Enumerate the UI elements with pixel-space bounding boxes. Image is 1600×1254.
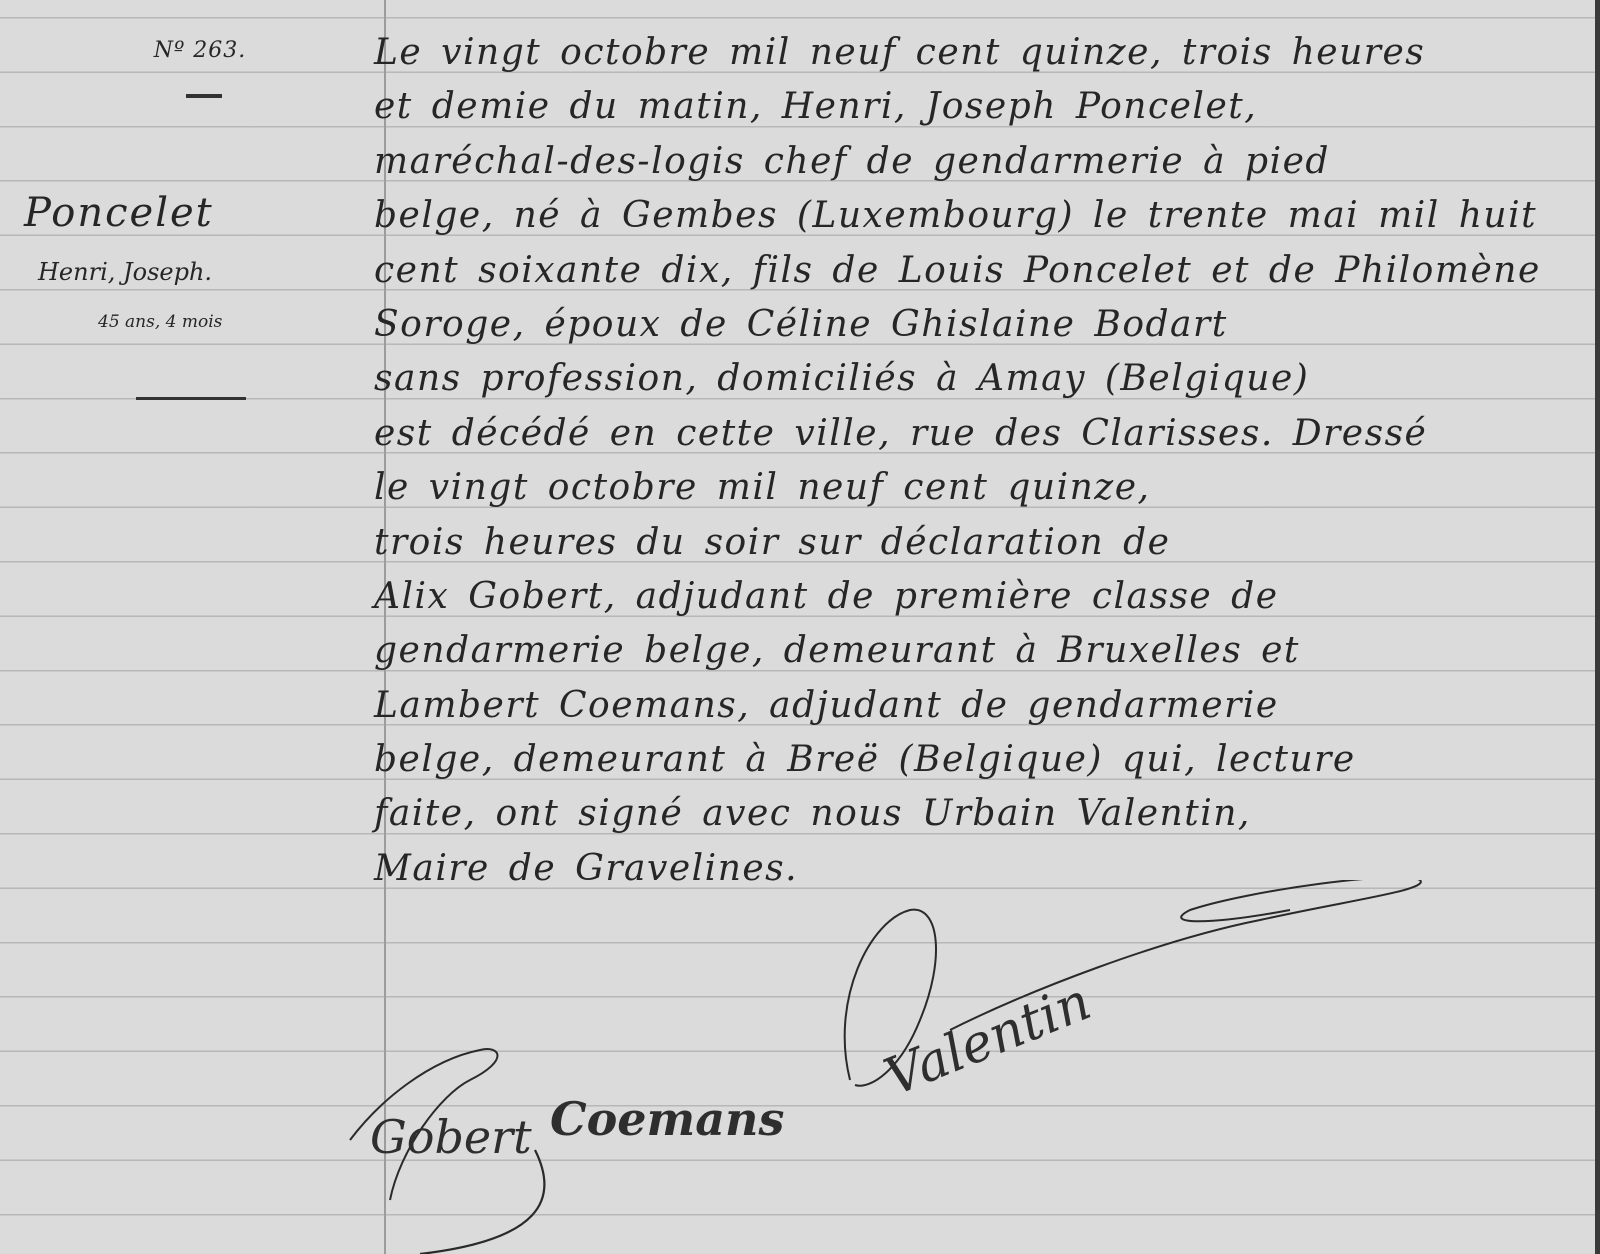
record-line: est décédé en cette ville, rue des Clari… bbox=[374, 407, 1594, 461]
deceased-given-names: Henri, Joseph. bbox=[38, 258, 212, 286]
record-line: maréchal-des-logis chef de gendarmerie à… bbox=[374, 135, 1594, 189]
record-body: Le vingt octobre mil neuf cent quinze, t… bbox=[374, 26, 1594, 896]
record-line: belge, né à Gembes (Luxembourg) le trent… bbox=[374, 189, 1594, 243]
deceased-age: 45 ans, 4 mois bbox=[98, 312, 222, 332]
record-line: Alix Gobert, adjudant de première classe… bbox=[374, 570, 1594, 624]
record-line: trois heures du soir sur déclaration de bbox=[374, 516, 1594, 570]
record-line: faite, ont signé avec nous Urbain Valent… bbox=[374, 787, 1594, 841]
record-line: belge, demeurant à Breë (Belgique) qui, … bbox=[374, 733, 1594, 787]
record-line: sans profession, domiciliés à Amay (Belg… bbox=[374, 352, 1594, 406]
separator-rule bbox=[136, 397, 246, 400]
record-line: le vingt octobre mil neuf cent quinze, bbox=[374, 461, 1594, 515]
record-line: gendarmerie belge, demeurant à Bruxelles… bbox=[374, 624, 1594, 678]
page-edge-shadow bbox=[1595, 0, 1600, 1254]
record-line: cent soixante dix, fils de Louis Poncele… bbox=[374, 244, 1594, 298]
act-number: Nº 263. bbox=[130, 38, 270, 63]
record-line: et demie du matin, Henri, Joseph Poncele… bbox=[374, 80, 1594, 134]
coemans-signature: Coemans bbox=[550, 1092, 784, 1146]
deceased-surname: Poncelet bbox=[24, 190, 214, 236]
mayor-signature-flourish bbox=[830, 880, 1450, 1130]
register-page: Nº 263. Poncelet Henri, Joseph. 45 ans, … bbox=[0, 0, 1600, 1254]
record-line: Lambert Coemans, adjudant de gendarmerie bbox=[374, 679, 1594, 733]
record-line: Soroge, époux de Céline Ghislaine Bodart bbox=[374, 298, 1594, 352]
separator-dash bbox=[186, 94, 222, 98]
record-line: Le vingt octobre mil neuf cent quinze, t… bbox=[374, 26, 1594, 80]
gobert-signature-flourish bbox=[320, 1040, 580, 1254]
